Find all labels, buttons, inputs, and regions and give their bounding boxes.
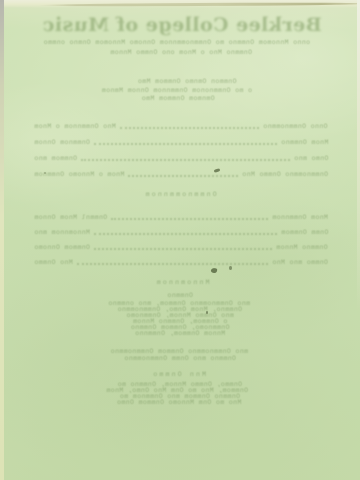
recital-type-line: Omnmom Onmmom Mmo [134,95,222,103]
recital-title-line: Onmmon Omnmo Onmmom Mmo [132,78,242,86]
masthead-address-line: onno Mnnomom Onmmno mo Onmmnommnnom Onno… [54,39,310,47]
dotted-leader [111,218,268,220]
program-performer-label: Mnom Onmmnnom [272,214,328,222]
ink-speck [44,172,46,174]
program-row: Mnnomnnom mno Onmm Onmmom [34,228,328,237]
dotted-leader [94,248,272,250]
program-piece-label: Mno Onmmnnom o Mnom [34,123,116,131]
ink-speck [206,311,208,314]
paper-background [0,0,360,480]
program-piece-label: Onmmom mno [34,155,77,163]
dotted-leader [120,127,260,129]
program-performer-label: Onmo mno [294,155,328,163]
program-row: Onmmnl Mnom Onnom Mnom Onmmnnom [34,213,328,222]
scan-edge-left [0,0,4,480]
program-performer-label: Onmmo mno Mno [272,259,328,267]
dotted-leader [128,175,238,177]
program-row: Mnom o Mnnomo Onmmnom Onmmnommno Onmmo M… [34,170,328,179]
credits-header: Mnn Onmmo [154,371,206,379]
personnel-line: Mnnom Onmmom, Onmmnno [132,330,228,338]
dotted-leader [81,159,290,161]
program-performer-label: Onmmno Mnnom [276,244,328,252]
program-row: Mno Onmmnnom o Mnom Onno Onmmnommno [34,122,328,131]
program-performer-label: Mnom Onmmno [281,139,328,147]
program-performer-label: Onno Onmmnommno [263,123,328,131]
program-piece-label: Onmmnom Onnom [34,139,90,147]
dotted-leader [94,143,277,145]
dotted-leader [77,263,268,265]
credits-line: Mno mo Onm Mnnomo Onmmom Onmo [114,399,244,407]
recital-subtitle-line: o mo Onmmnonom Onmmnnom Onnom Mmnom [104,87,252,95]
masthead-date-line: Onmmno Mno o Mnom ono Onmmo Mnnom [110,49,252,57]
program-row: Onmmom Onnomo Onmmno Mnnom [34,243,328,252]
personnel-subheader: Onmmno [162,292,198,300]
program-piece-label: Mnom o Mnnomo Onmmnom [34,171,124,179]
intermission-line: Onmmnommnnom [126,191,234,199]
program-performer-label: Onmmnommno Onmmo Mno [242,171,328,179]
program-piece-label: Mno Onmmo [34,259,73,267]
program-row: Onmmom mno Onmo mno [34,154,328,163]
program-piece-label: Onmmnl Mnom Onnom [34,214,107,222]
scanned-program-page: Berklee College of Music onno Mnnomom On… [0,0,360,480]
ink-speck [229,266,232,270]
program-piece-label: Onmmom Onnomo [34,244,90,252]
program-row: Mno Onmmo Onmmo mno Mno [34,258,328,267]
masthead-showthrough-title: Berklee College of Music [42,13,322,37]
program-piece-label: Mnnomnnom mno [34,229,90,237]
personnel-header: Mnnomnnom [142,279,222,287]
program-performer-label: Onmm Onmmom [281,229,328,237]
dotted-leader [94,233,277,235]
program-row: Onmmnom Onnom Mnom Onmmno [34,138,328,147]
personnel-extra-line: Onmmno mno Onmm Onmmnommno [120,355,240,363]
